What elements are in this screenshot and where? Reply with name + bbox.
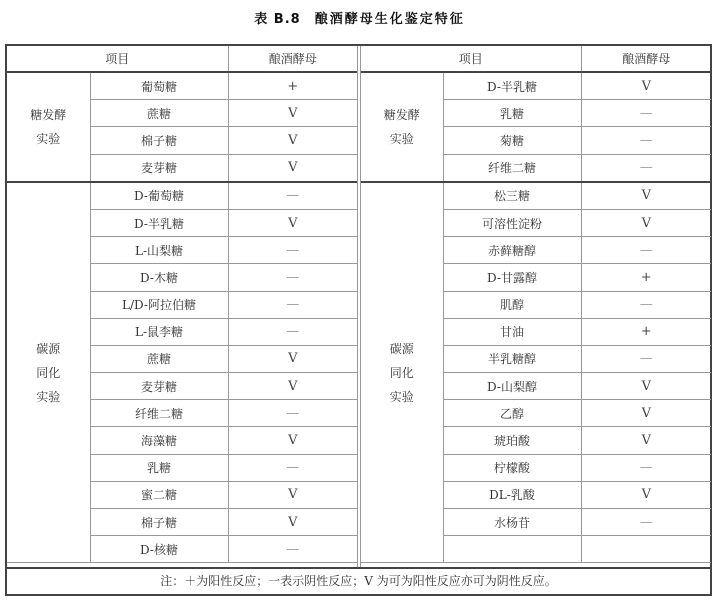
biochemical-table: 项目 酿酒酵母 糖发酵实验葡萄糖+蔗糖V棉子糖V麦芽糖V碳源同化实验D-葡萄糖—… — [5, 44, 712, 596]
item-cell: 麦芽糖 — [90, 373, 228, 400]
result-cell: + — [581, 264, 711, 291]
item-cell: 可溶性淀粉 — [443, 209, 581, 236]
result-cell: — — [228, 264, 357, 291]
group-label-line: 糖发酵 — [361, 103, 443, 127]
table-left-half: 项目 酿酒酵母 糖发酵实验葡萄糖+蔗糖V棉子糖V麦芽糖V碳源同化实验D-葡萄糖—… — [7, 46, 358, 569]
result-cell: — — [228, 536, 357, 563]
result-cell: V — [581, 72, 711, 100]
result-cell: — — [581, 291, 711, 318]
result-cell: V — [581, 481, 711, 508]
item-cell: D-半乳糖 — [443, 72, 581, 100]
group-label-line: 实验 — [7, 127, 90, 151]
group-label-line: 同化 — [361, 361, 443, 385]
item-cell: D-葡萄糖 — [90, 182, 228, 210]
item-cell: D-山梨醇 — [443, 373, 581, 400]
header-species: 酿酒酵母 — [228, 46, 357, 72]
group-label-line: 糖发酵 — [7, 103, 90, 127]
group-label-line: 碳源 — [361, 337, 443, 361]
result-cell: V — [228, 345, 357, 372]
result-cell: — — [228, 291, 357, 318]
table-note: 注：＋为阳性反应；一表示阴性反应；V 为可为阳性反应亦可为阴性反应。 — [7, 567, 710, 594]
group-label-line: 实验 — [361, 127, 443, 151]
item-cell: 棉子糖 — [90, 127, 228, 154]
header-item: 项目 — [361, 46, 581, 72]
result-cell: — — [228, 454, 357, 481]
item-cell: 柠檬酸 — [443, 454, 581, 481]
result-cell: V — [228, 481, 357, 508]
item-cell: 纤维二糖 — [443, 154, 581, 182]
item-cell: 蜜二糖 — [90, 481, 228, 508]
result-cell: V — [581, 209, 711, 236]
result-cell: + — [228, 72, 357, 100]
result-cell: V — [228, 209, 357, 236]
item-cell: D-甘露醇 — [443, 264, 581, 291]
result-cell: — — [228, 400, 357, 427]
result-cell: V — [581, 427, 711, 454]
result-cell: V — [228, 100, 357, 127]
table-row: 糖发酵实验葡萄糖+ — [7, 72, 357, 100]
group-label-line: 实验 — [361, 385, 443, 409]
item-cell: 乳糖 — [443, 100, 581, 127]
item-cell: L-山梨糖 — [90, 237, 228, 264]
group-label-line: 实验 — [7, 385, 90, 409]
item-cell: 半乳糖醇 — [443, 345, 581, 372]
result-cell — [581, 536, 711, 563]
result-cell: + — [581, 318, 711, 345]
table-row: 碳源同化实验D-葡萄糖— — [7, 182, 357, 210]
table-row: 碳源同化实验松三糖V — [361, 182, 711, 210]
item-cell: D-半乳糖 — [90, 209, 228, 236]
item-cell: L-鼠李糖 — [90, 318, 228, 345]
item-cell: 麦芽糖 — [90, 154, 228, 182]
result-cell: — — [581, 345, 711, 372]
group-label-assimilation: 碳源同化实验 — [7, 182, 90, 563]
result-cell: — — [581, 100, 711, 127]
header-item: 项目 — [7, 46, 228, 72]
table-right-half: 项目 酿酒酵母 糖发酵实验D-半乳糖V乳糖—菊糖—纤维二糖—碳源同化实验松三糖V… — [360, 46, 711, 569]
group-label-fermentation: 糖发酵实验 — [7, 72, 90, 182]
result-cell: — — [581, 454, 711, 481]
table-number: 表 B.8 — [254, 12, 300, 27]
item-cell: 海藻糖 — [90, 427, 228, 454]
item-cell: 肌醇 — [443, 291, 581, 318]
result-cell: — — [228, 318, 357, 345]
header-species: 酿酒酵母 — [581, 46, 711, 72]
item-cell: DL-乳酸 — [443, 481, 581, 508]
group-label-line: 同化 — [7, 361, 90, 385]
result-cell: V — [228, 127, 357, 154]
table-caption: 酿酒酵母生化鉴定特征 — [315, 12, 465, 27]
result-cell: V — [228, 373, 357, 400]
item-cell: D-核糖 — [90, 536, 228, 563]
group-label-fermentation: 糖发酵实验 — [361, 72, 443, 182]
item-cell: 蔗糖 — [90, 345, 228, 372]
item-cell: 蔗糖 — [90, 100, 228, 127]
item-cell: 纤维二糖 — [90, 400, 228, 427]
item-cell: 菊糖 — [443, 127, 581, 154]
result-cell: V — [228, 509, 357, 536]
result-cell: V — [581, 182, 711, 210]
result-cell: — — [228, 237, 357, 264]
item-cell: 松三糖 — [443, 182, 581, 210]
result-cell: — — [228, 182, 357, 210]
result-cell: — — [581, 509, 711, 536]
group-label-assimilation: 碳源同化实验 — [361, 182, 443, 563]
result-cell: V — [228, 154, 357, 182]
item-cell: 乙醇 — [443, 400, 581, 427]
item-cell: 赤藓糖醇 — [443, 237, 581, 264]
table-row: 糖发酵实验D-半乳糖V — [361, 72, 711, 100]
item-cell: 琥珀酸 — [443, 427, 581, 454]
result-cell: V — [581, 400, 711, 427]
item-cell: 葡萄糖 — [90, 72, 228, 100]
group-label-line: 碳源 — [7, 337, 90, 361]
result-cell: V — [228, 427, 357, 454]
result-cell: V — [581, 373, 711, 400]
item-cell: D-木糖 — [90, 264, 228, 291]
header-row: 项目 酿酒酵母 — [7, 46, 357, 72]
result-cell: — — [581, 237, 711, 264]
item-cell: L/D-阿拉伯糖 — [90, 291, 228, 318]
item-cell: 乳糖 — [90, 454, 228, 481]
table-title: 表 B.8酿酒酵母生化鉴定特征 — [0, 8, 719, 27]
result-cell: — — [581, 154, 711, 182]
header-row: 项目 酿酒酵母 — [361, 46, 711, 72]
item-cell: 甘油 — [443, 318, 581, 345]
item-cell: 水杨苷 — [443, 509, 581, 536]
item-cell — [443, 536, 581, 563]
item-cell: 棉子糖 — [90, 509, 228, 536]
result-cell: — — [581, 127, 711, 154]
